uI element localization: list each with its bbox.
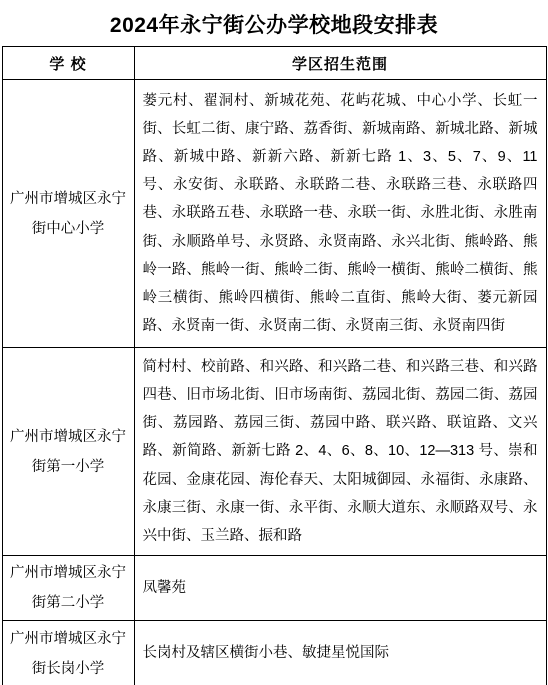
column-header-school: 学 校 [2, 47, 134, 80]
page-title: 2024年永宁街公办学校地段安排表 [0, 0, 548, 46]
table-row-center-primary: 广州市增城区永宁街中心小学 蒌元村、翟洞村、新城花苑、花屿花城、中心小学、长虹一… [2, 80, 546, 348]
school-name: 广州市增城区永宁街第一小学 [2, 348, 134, 556]
school-name: 广州市增城区永宁街中心小学 [2, 80, 134, 348]
range-text: 蒌元村、翟洞村、新城花苑、花屿花城、中心小学、长虹一街、长虹二街、康宁路、荔香街… [134, 80, 546, 348]
range-text: 凤馨苑 [134, 556, 546, 621]
school-name: 广州市增城区永宁街第二小学 [2, 556, 134, 621]
school-name: 广州市增城区永宁街长岗小学 [2, 621, 134, 685]
document-page: 2024年永宁街公办学校地段安排表 学 校 学区招生范围 广州市增城区永宁街中心… [0, 0, 548, 685]
table-row-changgang-primary: 广州市增城区永宁街长岗小学 长岗村及辖区横街小巷、敏捷星悦国际 [2, 621, 546, 685]
school-district-table: 学 校 学区招生范围 广州市增城区永宁街中心小学 蒌元村、翟洞村、新城花苑、花屿… [2, 46, 547, 685]
table-row-first-primary: 广州市增城区永宁街第一小学 简村村、校前路、和兴路、和兴路二巷、和兴路三巷、和兴… [2, 348, 546, 556]
table-header-row: 学 校 学区招生范围 [2, 47, 546, 80]
column-header-range: 学区招生范围 [134, 47, 546, 80]
table-row-second-primary: 广州市增城区永宁街第二小学 凤馨苑 [2, 556, 546, 621]
range-text: 简村村、校前路、和兴路、和兴路二巷、和兴路三巷、和兴路四巷、旧市场北街、旧市场南… [134, 348, 546, 556]
range-text: 长岗村及辖区横街小巷、敏捷星悦国际 [134, 621, 546, 685]
